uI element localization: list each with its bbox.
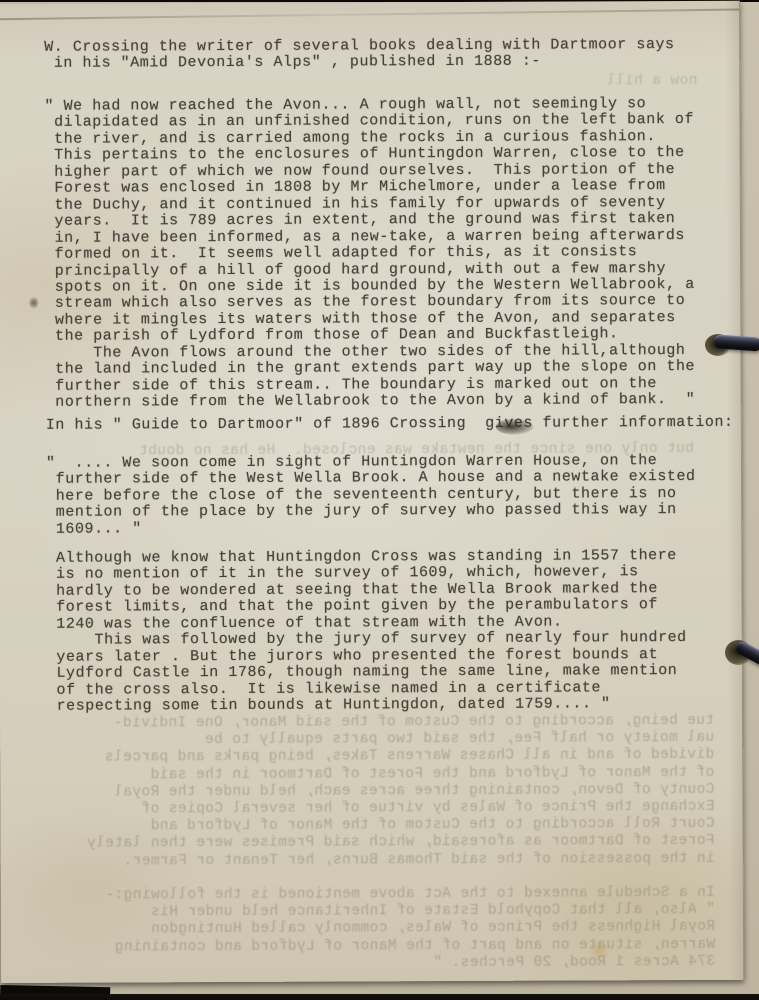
intro-paragraph: W. Crossing the writer of several books … bbox=[44, 37, 734, 73]
paper-stain bbox=[29, 297, 38, 309]
bottom-edge-shadow bbox=[0, 994, 759, 1000]
ink-blot bbox=[496, 419, 534, 435]
guide-to-dartmoor-heading: In his " Guide to Dartmoor" of 1896 Cros… bbox=[46, 415, 736, 434]
bleed-through-text: tue being, according to the Custom of th… bbox=[42, 713, 715, 974]
bleed-through-fragment: now a hill bbox=[177, 73, 697, 91]
paper-page: now a hill W. Crossing the writer of sev… bbox=[0, 1, 744, 983]
commentary-paragraph: Although we know that Huntingdon Cross w… bbox=[46, 548, 737, 716]
photographed-document: { "document": { "intro": [ "W. Crossing … bbox=[0, 0, 759, 1000]
binder-ring-bottom bbox=[725, 640, 759, 688]
quote-amid-devonias-alps: " We had now reached the Avon... A rough… bbox=[44, 96, 735, 412]
quote-guide-1896: " .... We soon come in sight of Huntingd… bbox=[46, 453, 736, 538]
paper-crease bbox=[0, 9, 739, 21]
binder-ring-top bbox=[705, 330, 759, 364]
